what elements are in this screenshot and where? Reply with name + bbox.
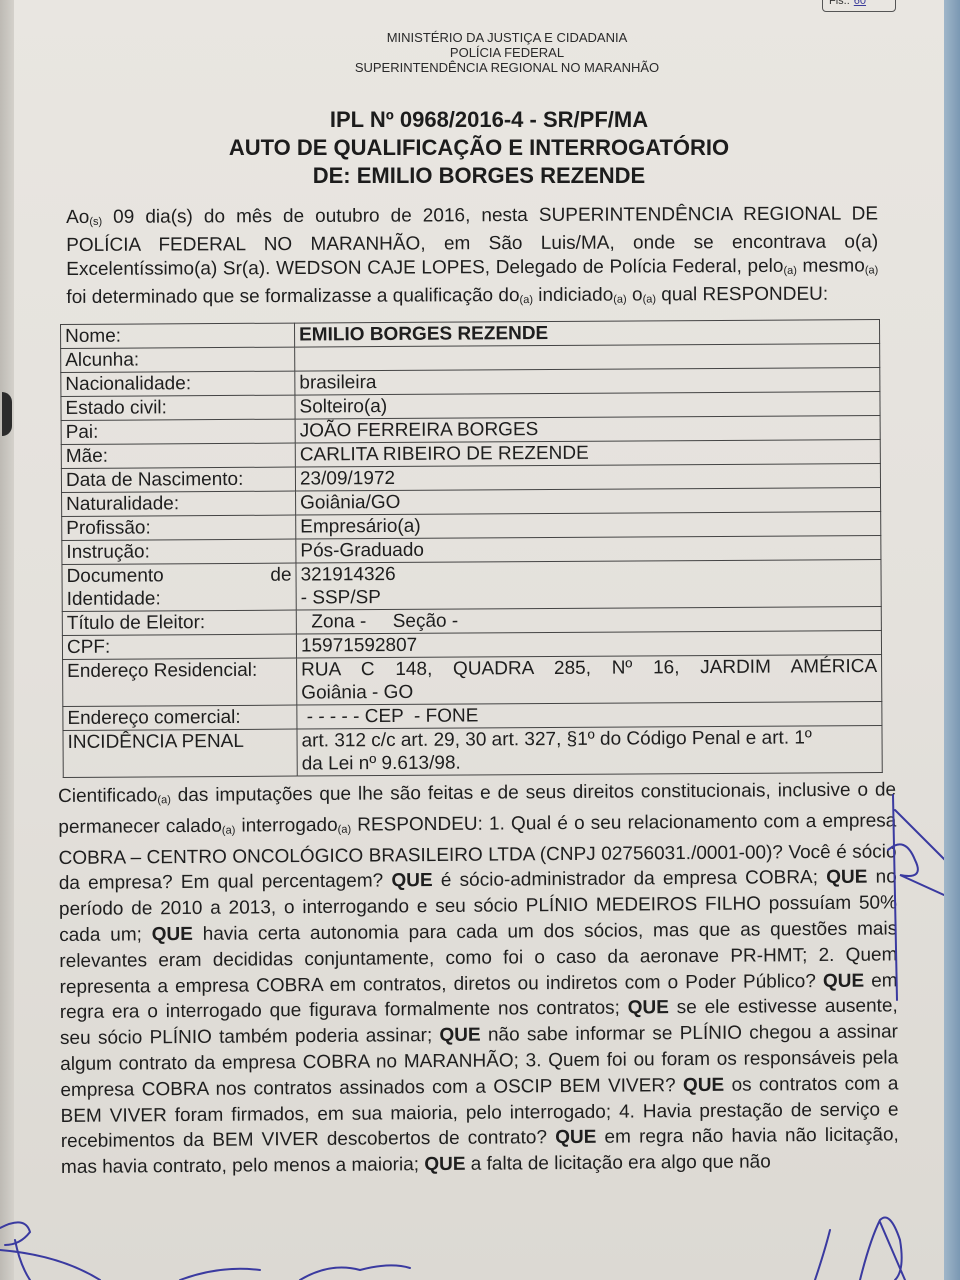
signature-bottom-center: [180, 1265, 410, 1280]
page-right-edge: [944, 0, 960, 1280]
signature-bottom-right: [815, 1218, 905, 1280]
handwritten-signatures: [0, 0, 960, 1280]
signature-bottom-left: [0, 1222, 100, 1280]
